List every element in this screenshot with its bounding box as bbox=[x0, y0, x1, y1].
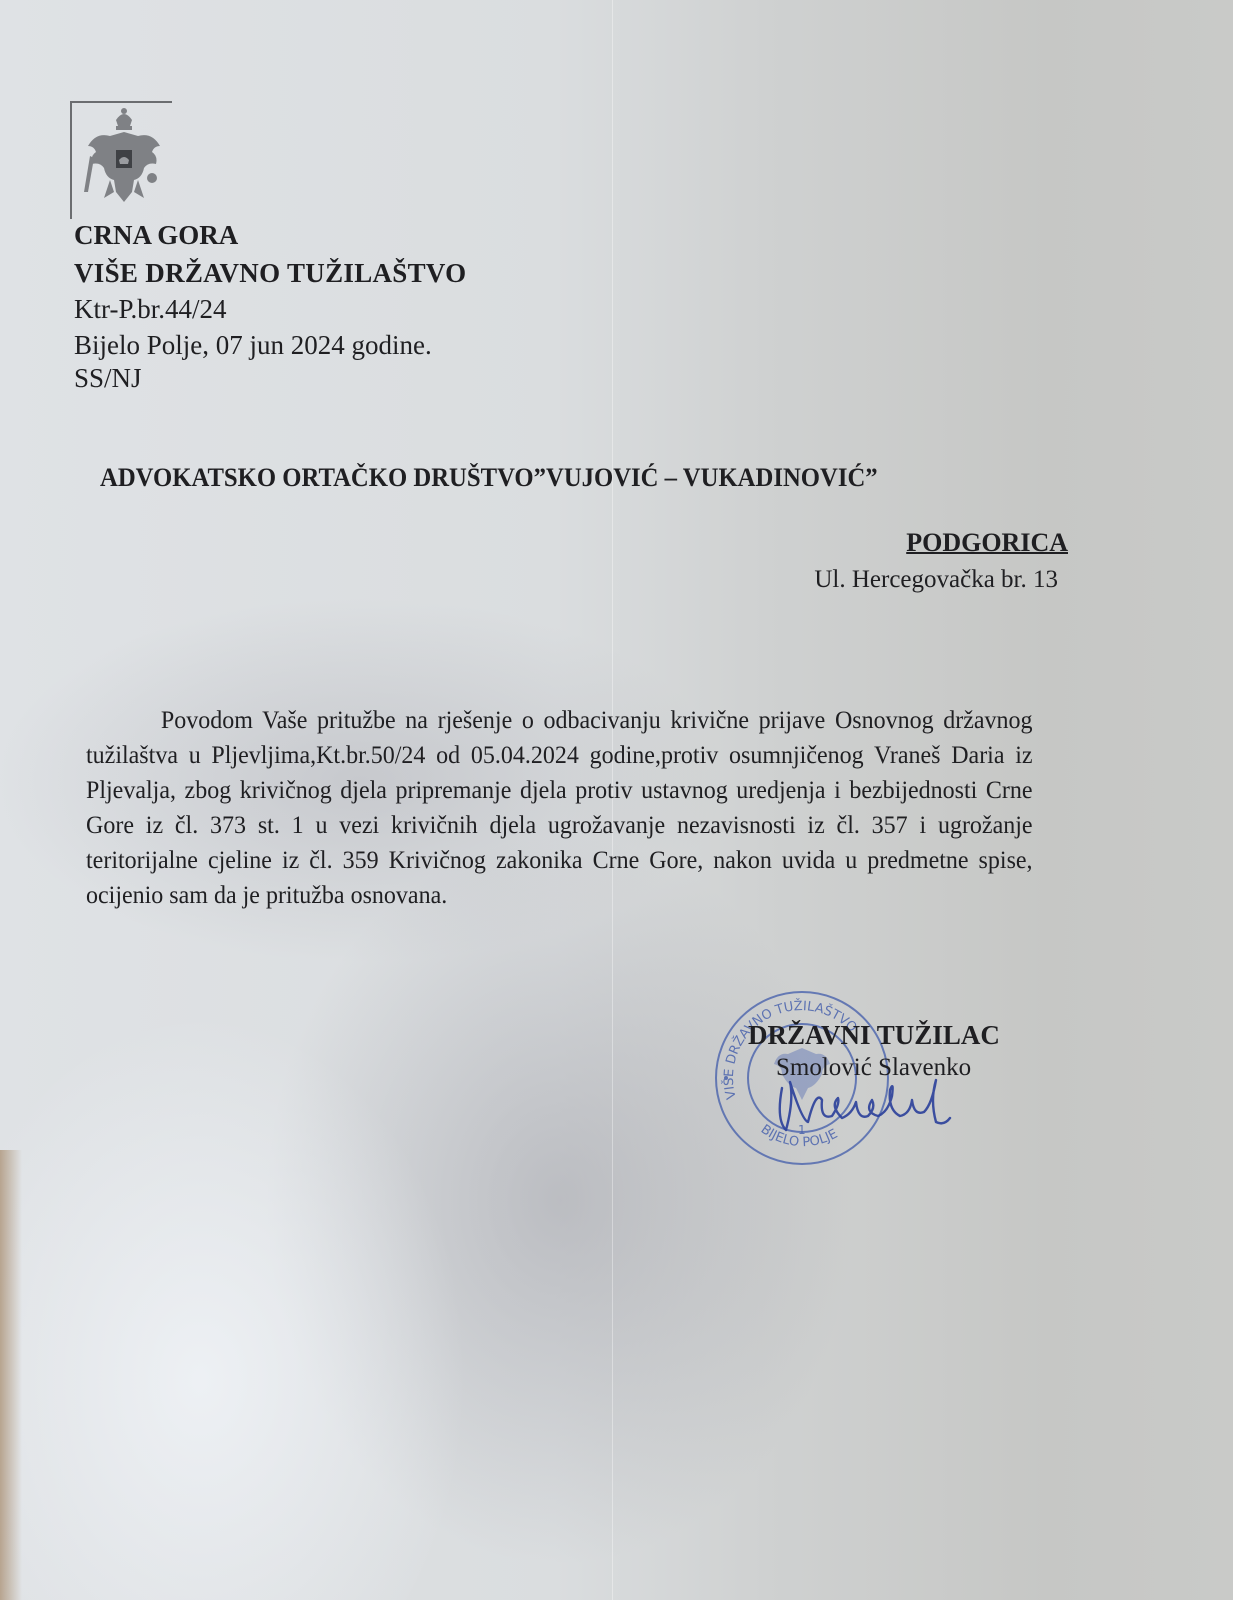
initials: SS/NJ bbox=[74, 361, 142, 395]
recipient-name: ADVOKATSKO ORTAČKO DRUŠTVO”VUJOVIĆ – VUK… bbox=[100, 463, 878, 493]
place-date: Bijelo Polje, 07 jun 2024 godine. bbox=[74, 328, 432, 362]
institution-name: VIŠE DRŽAVNO TUŽILAŠTVO bbox=[74, 256, 466, 290]
letter-body-text: Povodom Vaše pritužbe na rješenje o odba… bbox=[86, 707, 1033, 909]
signatory-title: DRŽAVNI TUŽILAC bbox=[748, 1020, 1000, 1051]
recipient-city: PODGORICA bbox=[906, 528, 1068, 558]
recipient-address: Ul. Hercegovačka br. 13 bbox=[814, 566, 1058, 594]
country-name: CRNA GORA bbox=[74, 218, 238, 252]
reference-number: Ktr-P.br.44/24 bbox=[74, 292, 226, 326]
handwritten-signature-icon bbox=[760, 1060, 960, 1160]
letter: CRNA GORA VIŠE DRŽAVNO TUŽILAŠTVO Ktr-P.… bbox=[0, 0, 1233, 1600]
coat-of-arms-icon bbox=[80, 106, 168, 216]
letter-body: Povodom Vaše pritužbe na rješenje o odba… bbox=[86, 703, 1033, 913]
